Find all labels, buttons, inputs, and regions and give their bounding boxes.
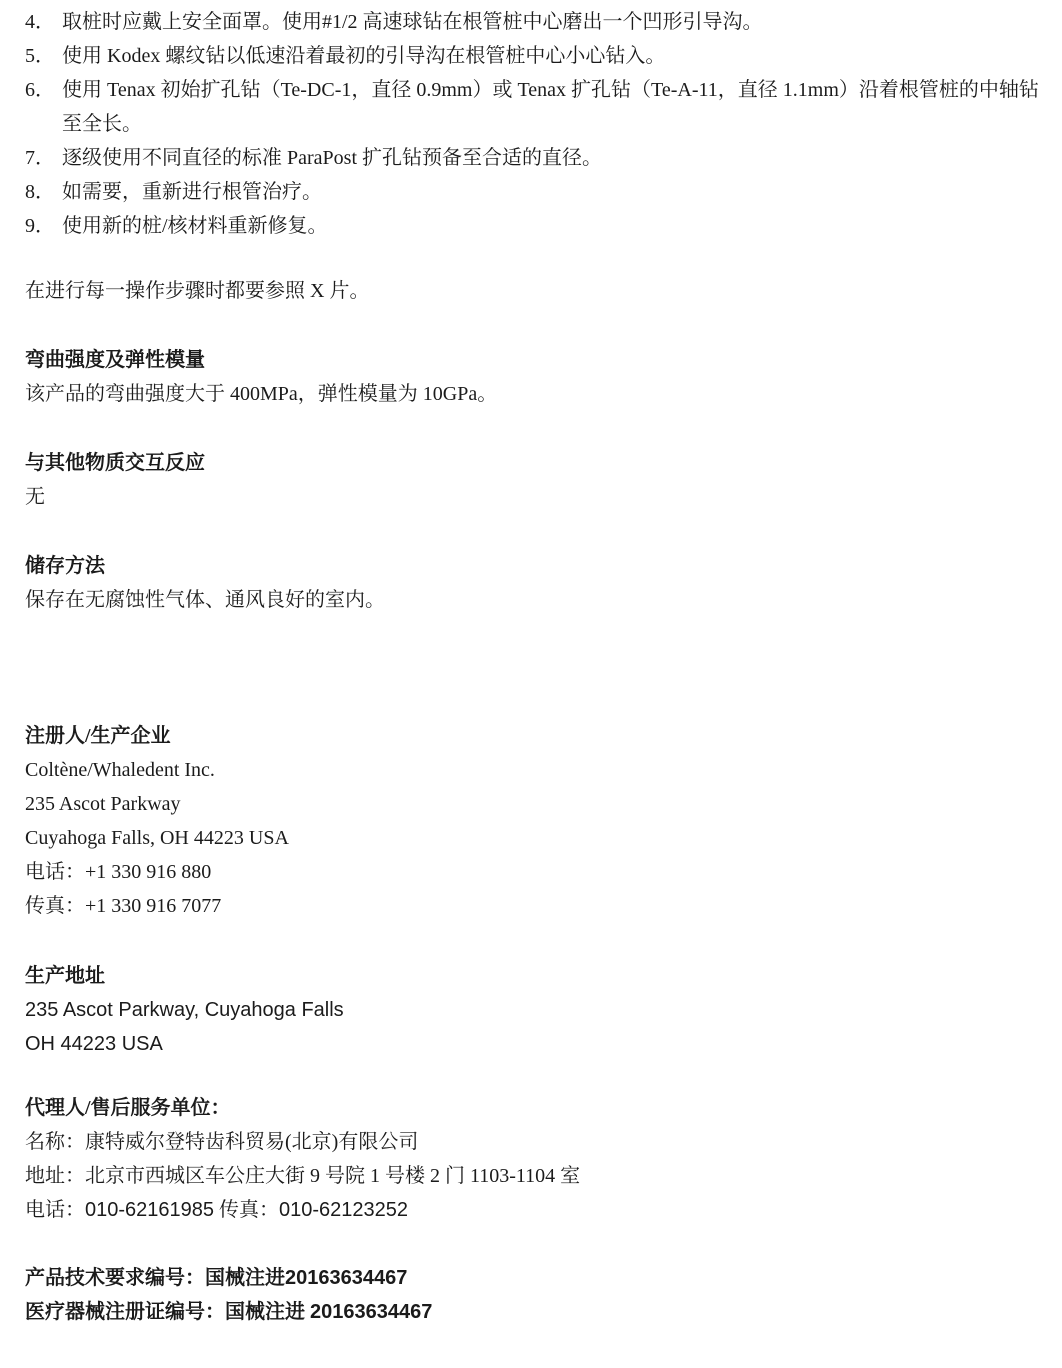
tech-requirement-label: 产品技术要求编号：国械注进: [25, 1267, 285, 1289]
section-heading: 代理人/售后服务单位：: [25, 1091, 1042, 1125]
section-heading: 弯曲强度及弹性模量: [25, 343, 1042, 377]
registrant-company: Coltène/Whaledent Inc.: [25, 753, 1042, 787]
registrant-address-line1: 235 Ascot Parkway: [25, 787, 1042, 821]
section-manufacturing-address: 生产地址 235 Ascot Parkway, Cuyahoga Falls O…: [25, 959, 1042, 1061]
section-interaction: 与其他物质交互反应 无: [25, 446, 1042, 514]
document-page: 4． 取桩时应戴上安全面罩。使用#1/2 高速球钻在根管桩中心磨出一个凹形引导沟…: [0, 0, 1062, 1368]
section-body: 保存在无腐蚀性气体、通风良好的室内。: [25, 583, 1042, 617]
list-item-text: 使用 Kodex 螺纹钻以低速沿着最初的引导沟在根管桩中心小心钻入。: [62, 39, 1042, 73]
list-item-number: 4．: [25, 5, 62, 39]
agent-fax-number: 010-62123252: [279, 1199, 408, 1221]
list-item: 5． 使用 Kodex 螺纹钻以低速沿着最初的引导沟在根管桩中心小心钻入。: [25, 39, 1042, 73]
list-item-text: 使用 Tenax 初始扩孔钻（Te-DC-1，直径 0.9mm）或 Tenax …: [62, 73, 1042, 141]
list-item-text: 取桩时应戴上安全面罩。使用#1/2 高速球钻在根管桩中心磨出一个凹形引导沟。: [62, 5, 1042, 39]
list-item-text: 使用新的桩/核材料重新修复。: [62, 209, 1042, 243]
mfg-address-line2: OH 44223 USA: [25, 1027, 1042, 1061]
list-item-number: 7．: [25, 141, 62, 175]
agent-phone-number: 010-62161985: [85, 1199, 214, 1221]
section-body: 无: [25, 480, 1042, 514]
list-item: 6． 使用 Tenax 初始扩孔钻（Te-DC-1，直径 0.9mm）或 Ten…: [25, 73, 1042, 141]
list-item-number: 5．: [25, 39, 62, 73]
procedure-list: 4． 取桩时应戴上安全面罩。使用#1/2 高速球钻在根管桩中心磨出一个凹形引导沟…: [25, 5, 1042, 243]
list-item: 7． 逐级使用不同直径的标准 ParaPost 扩孔钻预备至合适的直径。: [25, 141, 1042, 175]
list-item: 4． 取桩时应戴上安全面罩。使用#1/2 高速球钻在根管桩中心磨出一个凹形引导沟…: [25, 5, 1042, 39]
tech-requirement-digits: 20163634467: [285, 1267, 407, 1289]
agent-fax-label: 传真：: [214, 1199, 279, 1221]
section-heading: 生产地址: [25, 959, 1042, 993]
section-registrant: 注册人/生产企业 Coltène/Whaledent Inc. 235 Asco…: [25, 719, 1042, 923]
list-item-number: 8．: [25, 175, 62, 209]
mfg-address-line1: 235 Ascot Parkway, Cuyahoga Falls: [25, 993, 1042, 1027]
xray-note: 在进行每一操作步骤时都要参照 X 片。: [25, 274, 1042, 308]
registration-cert-label: 医疗器械注册证编号：国械注进: [25, 1301, 310, 1323]
section-storage: 储存方法 保存在无腐蚀性气体、通风良好的室内。: [25, 549, 1042, 617]
registrant-phone: 电话：+1 330 916 880: [25, 855, 1042, 889]
agent-name: 名称：康特威尔登特齿科贸易(北京)有限公司: [25, 1125, 1042, 1159]
section-heading: 储存方法: [25, 549, 1042, 583]
section-registration-numbers: 产品技术要求编号：国械注进20163634467 医疗器械注册证编号：国械注进 …: [25, 1261, 1042, 1329]
section-heading: 注册人/生产企业: [25, 719, 1042, 753]
agent-phone-fax: 电话：010-62161985 传真：010-62123252: [25, 1193, 1042, 1227]
registrant-fax: 传真：+1 330 916 7077: [25, 889, 1042, 923]
section-agent: 代理人/售后服务单位： 名称：康特威尔登特齿科贸易(北京)有限公司 地址：北京市…: [25, 1091, 1042, 1227]
registration-cert-number: 医疗器械注册证编号：国械注进 20163634467: [25, 1295, 1042, 1329]
list-item-number: 9．: [25, 209, 62, 243]
list-item: 8． 如需要，重新进行根管治疗。: [25, 175, 1042, 209]
section-heading: 与其他物质交互反应: [25, 446, 1042, 480]
section-flexural-strength: 弯曲强度及弹性模量 该产品的弯曲强度大于 400MPa，弹性模量为 10GPa。: [25, 343, 1042, 411]
tech-requirement-number: 产品技术要求编号：国械注进20163634467: [25, 1261, 1042, 1295]
registration-cert-digits: 20163634467: [310, 1301, 432, 1323]
registrant-address-line2: Cuyahoga Falls, OH 44223 USA: [25, 821, 1042, 855]
list-item-text: 如需要，重新进行根管治疗。: [62, 175, 1042, 209]
list-item-text: 逐级使用不同直径的标准 ParaPost 扩孔钻预备至合适的直径。: [62, 141, 1042, 175]
list-item: 9． 使用新的桩/核材料重新修复。: [25, 209, 1042, 243]
agent-phone-label: 电话：: [25, 1199, 85, 1221]
list-item-number: 6．: [25, 73, 62, 107]
section-body: 该产品的弯曲强度大于 400MPa，弹性模量为 10GPa。: [25, 377, 1042, 411]
agent-address: 地址：北京市西城区车公庄大街 9 号院 1 号楼 2 门 1103-1104 室: [25, 1159, 1042, 1193]
